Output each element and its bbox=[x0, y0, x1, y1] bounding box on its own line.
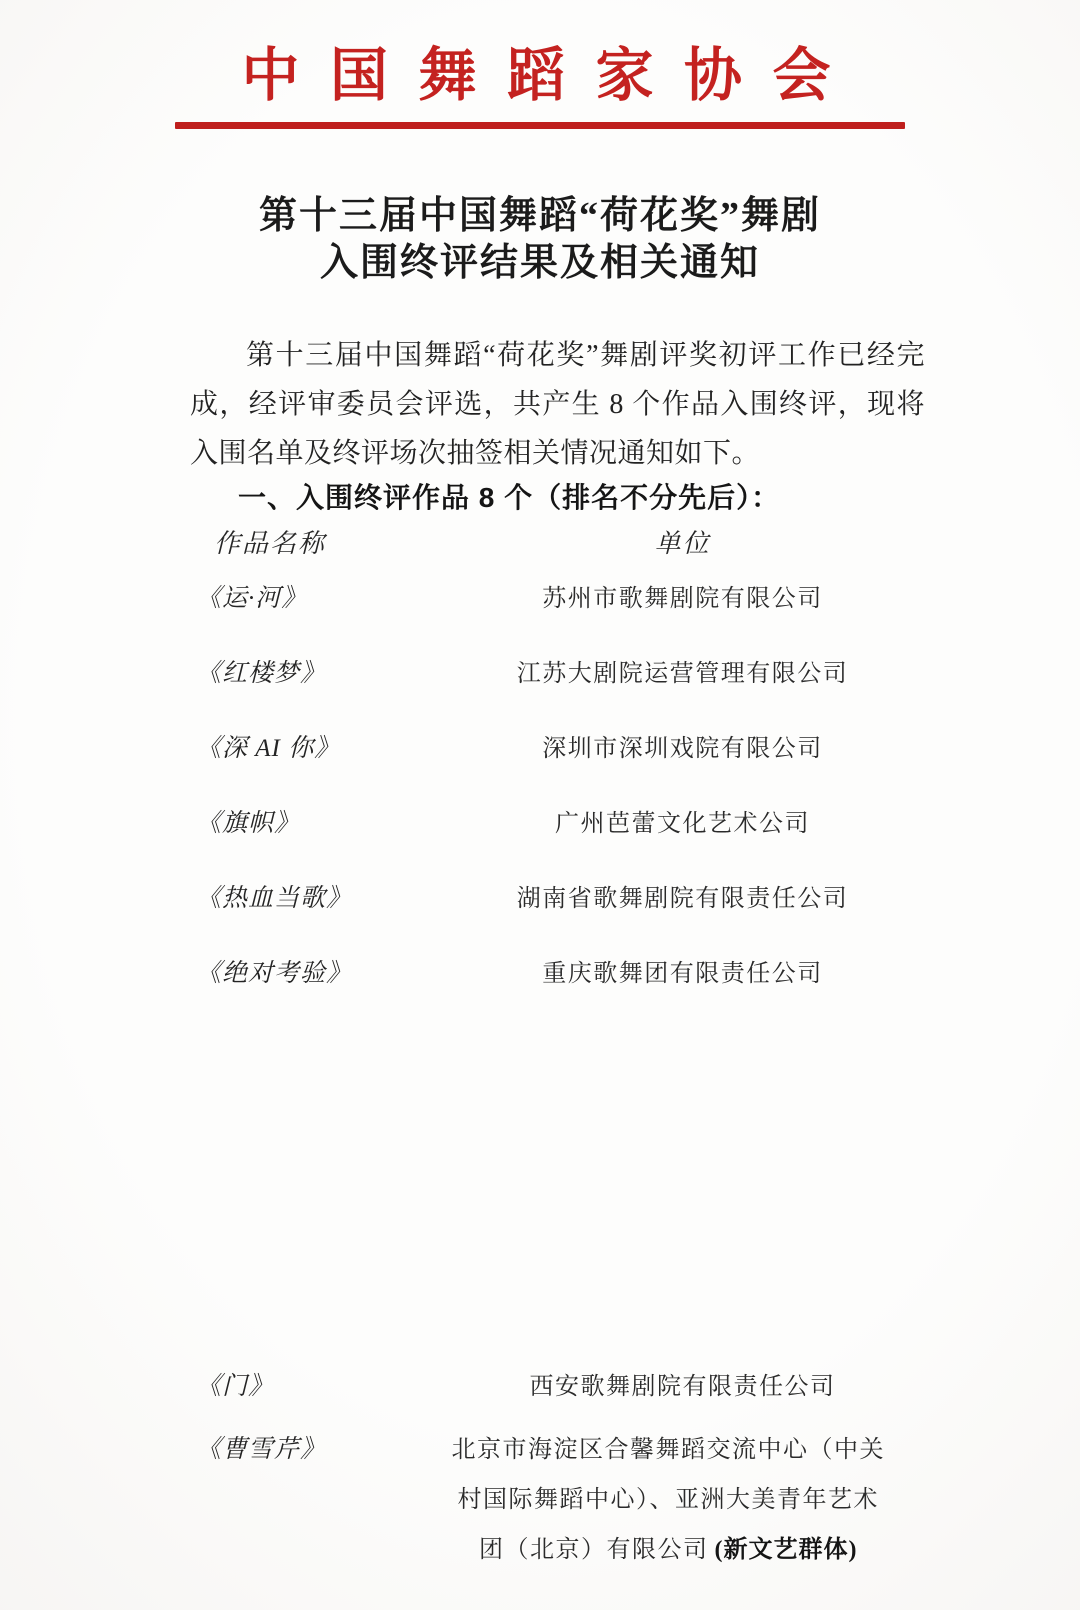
table-row: 《热血当歌》 湖南省歌舞剧院有限责任公司 bbox=[185, 858, 885, 933]
doc-title-line1: 第十三届中国舞蹈“荷花奖”舞剧 bbox=[0, 193, 1080, 240]
column-header-work-name: 作品名称 bbox=[185, 523, 480, 560]
work-title: 《热血当歌》 bbox=[185, 878, 480, 914]
work-company: 湖南省歌舞剧院有限责任公司 bbox=[480, 878, 885, 913]
work-company-line: 北京市海淀区合馨舞蹈交流中心（中关 bbox=[452, 1425, 886, 1475]
work-company: 苏州市歌舞剧院有限公司 bbox=[480, 578, 885, 613]
work-company: 深圳市深圳戏院有限公司 bbox=[480, 728, 885, 763]
doc-title-line2: 入围终评结果及相关通知 bbox=[0, 240, 1080, 287]
letterhead-divider bbox=[175, 122, 905, 129]
table-row: 《红楼梦》 江苏大剧院运营管理有限公司 bbox=[185, 633, 885, 708]
table-row: 《运·河》 苏州市歌舞剧院有限公司 bbox=[185, 558, 885, 633]
work-company: 北京市海淀区合馨舞蹈交流中心（中关 村国际舞蹈中心）、亚洲大美青年艺术 团（北京… bbox=[452, 1425, 886, 1575]
work-company: 重庆歌舞团有限责任公司 bbox=[480, 953, 885, 988]
work-company-note: (新文艺群体) bbox=[715, 1537, 858, 1563]
work-title: 《门》 bbox=[185, 1366, 480, 1402]
work-company: 广州芭蕾文化艺术公司 bbox=[480, 803, 885, 838]
table-header-row: 作品名称 单位 bbox=[185, 524, 885, 558]
finalists-table: 作品名称 单位 《运·河》 苏州市歌舞剧院有限公司 《红楼梦》 江苏大剧院运营管… bbox=[185, 524, 885, 1575]
work-title: 《深 AI 你》 bbox=[185, 728, 480, 764]
work-title: 《运·河》 bbox=[185, 578, 480, 614]
column-header-unit: 单位 bbox=[480, 523, 885, 560]
page-break-gap bbox=[185, 1008, 885, 1346]
work-title: 《绝对考验》 bbox=[185, 953, 480, 989]
org-title: 中 国 舞 蹈 家 协 会 bbox=[0, 40, 1080, 112]
work-title: 《红楼梦》 bbox=[185, 653, 480, 689]
table-row: 《门》 西安歌舞剧院有限责任公司 bbox=[185, 1346, 885, 1421]
work-title: 《旗帜》 bbox=[185, 803, 480, 839]
table-row: 《旗帜》 广州芭蕾文化艺术公司 bbox=[185, 783, 885, 858]
work-title: 《曹雪芹》 bbox=[185, 1425, 452, 1475]
work-company: 西安歌舞剧院有限责任公司 bbox=[480, 1366, 885, 1401]
work-company: 江苏大剧院运营管理有限公司 bbox=[480, 653, 885, 688]
doc-title: 第十三届中国舞蹈“荷花奖”舞剧 入围终评结果及相关通知 bbox=[0, 193, 1080, 287]
work-company-line: 团（北京）有限公司(新文艺群体) bbox=[452, 1525, 886, 1575]
document-page: 中 国 舞 蹈 家 协 会 第十三届中国舞蹈“荷花奖”舞剧 入围终评结果及相关通… bbox=[0, 0, 1080, 1610]
table-row: 《深 AI 你》 深圳市深圳戏院有限公司 bbox=[185, 708, 885, 783]
section-heading: 一、入围终评作品 8 个（排名不分先后）： bbox=[238, 480, 1080, 516]
intro-paragraph: 第十三届中国舞蹈“荷花奖”舞剧评奖初评工作已经完成，经评审委员会评选，共产生 8… bbox=[190, 331, 925, 478]
table-row: 《曹雪芹》 北京市海淀区合馨舞蹈交流中心（中关 村国际舞蹈中心）、亚洲大美青年艺… bbox=[185, 1421, 885, 1575]
table-row: 《绝对考验》 重庆歌舞团有限责任公司 bbox=[185, 933, 885, 1008]
work-company-line: 村国际舞蹈中心）、亚洲大美青年艺术 bbox=[452, 1475, 886, 1525]
work-company-line-text: 团（北京）有限公司 bbox=[479, 1537, 709, 1563]
